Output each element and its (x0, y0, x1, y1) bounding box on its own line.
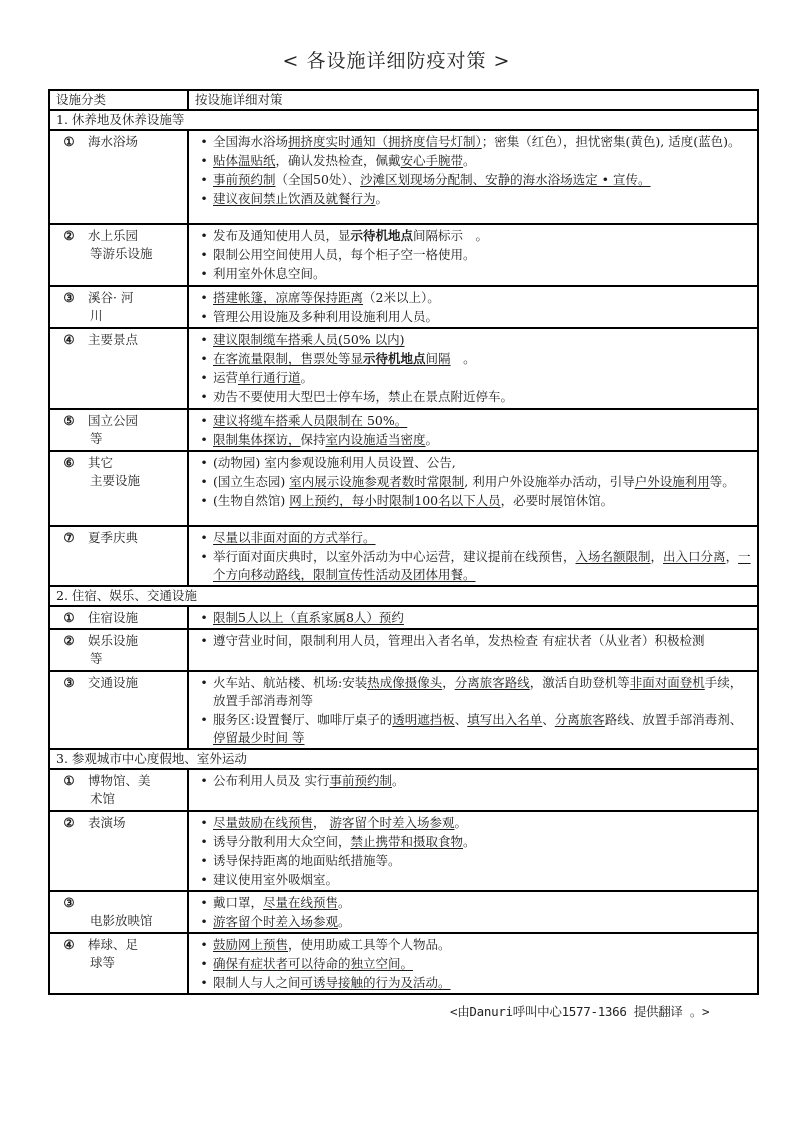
text-run: 等。 (710, 474, 735, 489)
measure-item: •管理公用设施及多种利用设施利用人员。 (199, 308, 751, 326)
measure-item: •诱导分散利用大众空间，禁止携带和摄取食物。 (199, 833, 751, 851)
text-run: 。 (455, 815, 468, 830)
bullet-icon: • (199, 350, 209, 368)
bullet-icon: • (199, 431, 209, 449)
facility-name: 电影放映馆 (58, 912, 183, 930)
text-run: 利用室外休息空间。 (213, 266, 326, 281)
measure-item: •限制5人以上（直系家属8人）预约 (199, 609, 751, 627)
measure-item: •建议限制缆车搭乘人员(50% 以内) (199, 331, 751, 349)
underlined-text: 示待机地点 (363, 351, 426, 366)
text-run: 发布及通知使用人员，显 (213, 228, 351, 243)
item-number: ① (58, 609, 80, 627)
measure-item: •游客留个时差入场参观。 (199, 913, 751, 931)
bullet-icon: • (199, 852, 209, 870)
measures-cell: •建议将缆车搭乘人员限制在 50%。•限制集体探访，保持室内设施适当密度。 (188, 409, 758, 451)
text-run: (生物自然馆) (213, 493, 289, 508)
bullet-icon: • (199, 171, 209, 189)
facility-name: 住宿设施 (88, 610, 138, 625)
measures-table: 设施分类 按设施详细对策 1. 休养地及休养设施等①海水浴场•全国海水浴场拥挤度… (48, 89, 759, 995)
facility-name: 主要景点 (88, 332, 138, 347)
text-run: 。 (338, 895, 351, 910)
underlined-text: 游客留个时差入场参观 (330, 815, 455, 830)
section-header: 2. 住宿、娱乐、交通设施 (49, 586, 758, 606)
bullet-icon: • (199, 289, 209, 307)
measures-cell: •公布利用人员及 实行事前预约制。 (188, 769, 758, 811)
bullet-icon: • (199, 190, 209, 208)
text-run: 戴口罩， (213, 895, 263, 910)
measure-item: •戴口罩，尽量在线预售。 (199, 894, 751, 912)
table-row: ③交通设施•火车站、航站楼、机场:安装热成像摄像头，分离旅客路线，激活自助登机等… (49, 671, 758, 749)
bold-text: 示待机地点 (351, 228, 414, 243)
bullet-icon: • (199, 133, 209, 151)
bullet-icon: • (199, 955, 209, 973)
table-row: ②表演场•尽量鼓励在线预售， 游客留个时差入场参观。•诱导分散利用大众空间，禁止… (49, 811, 758, 891)
underlined-text: 拥挤度实时通知（拥挤度信号灯制） (288, 134, 482, 149)
facility-category: ⑤国立公园等 (49, 409, 188, 451)
measure-item: •限制公用空间使用人员，每个柜子空一格使用。 (199, 246, 751, 264)
underlined-text: 非面对面登机 (630, 675, 705, 690)
facility-name: 溪谷· 河 (88, 290, 133, 305)
measures-cell: •鼓励网上预售，使用助威工具等个人物品。•确保有症状者可以待命的独立空间。•限制… (188, 933, 758, 994)
measures-cell: •火车站、航站楼、机场:安装热成像摄像头，分离旅客路线，激活自助登机等非面对面登… (188, 671, 758, 749)
table-row: ③电影放映馆•戴口罩，尽量在线预售。•游客留个时差入场参观。 (49, 891, 758, 933)
text-run: 。 (463, 834, 476, 849)
facility-category: ④主要景点 (49, 328, 188, 409)
underlined-text: 搭建帐篷，凉席等保持距离 (213, 290, 363, 305)
measure-item: •建议将缆车搭乘人员限制在 50%。 (199, 412, 751, 430)
underlined-text: 填写出入名单 (467, 712, 542, 727)
facility-category: ①住宿设施 (49, 606, 188, 629)
underlined-text: 户外设施利用 (635, 474, 710, 489)
facility-name: 球等 (58, 954, 183, 972)
bullet-icon: • (199, 814, 209, 832)
measure-item: •限制人与人之间可诱导接触的行为及活动。 (199, 974, 751, 992)
table-row: ⑤国立公园等•建议将缆车搭乘人员限制在 50%。•限制集体探访，保持室内设施适当… (49, 409, 758, 451)
facility-category: ③电影放映馆 (49, 891, 188, 933)
text-run: 。 (301, 370, 314, 385)
measures-cell: •戴口罩，尽量在线预售。•游客留个时差入场参观。 (188, 891, 758, 933)
measure-item: •(国立生态园) 室内展示设施参观者数时常限制, 利用户外设施举办活动，引导户外… (199, 473, 751, 491)
underlined-text: 室内展示设施参观者数时常限制 (289, 474, 464, 489)
bullet-icon: • (199, 227, 209, 245)
text-run: 公布利用人员及 实行 (213, 773, 329, 788)
underlined-text: 透明遮挡板 (392, 712, 455, 727)
measure-item: •服务区:设置餐厅、咖啡厅桌子的透明遮挡板、填写出入名单、分离旅客路线、放置手部… (199, 711, 751, 747)
bullet-icon: • (199, 772, 209, 790)
underlined-text: 出入口分离 (663, 549, 726, 564)
facility-name: 海水浴场 (88, 134, 138, 149)
measures-cell: •尽量以非面对面的方式举行。•举行面对面庆典时，以室外活动为中心运营，建议提前在… (188, 526, 758, 586)
text-run: ，必要时展馆休馆。 (501, 493, 614, 508)
facility-category: ②娱乐设施等 (49, 629, 188, 671)
text-run: 建议使用室外吸烟室。 (213, 872, 338, 887)
facility-category: ③交通设施 (49, 671, 188, 749)
text-run: 。 (376, 191, 389, 206)
measure-item: •诱导保持距离的地面贴纸措施等。 (199, 852, 751, 870)
header-measures: 按设施详细对策 (188, 90, 758, 110)
text-run: 限制人与人之间 (213, 975, 301, 990)
measure-item: •全国海水浴场拥挤度实时通知（拥挤度信号灯制）；密集（红色），担忧密集(黄色),… (199, 133, 751, 151)
facility-name: 等游乐设施 (58, 245, 183, 263)
facility-name: 夏季庆典 (88, 530, 138, 545)
text-run: （全国50处）、 (276, 172, 361, 187)
item-number: ③ (58, 894, 80, 912)
text-run: 火车站、航站楼、机场:安装 (213, 675, 367, 690)
measures-cell: •建议限制缆车搭乘人员(50% 以内)•在客流量限制，售票处等显示待机地点间隔 … (188, 328, 758, 409)
underlined-text: 分离旅客路线 (455, 675, 530, 690)
bullet-icon: • (199, 529, 209, 547)
underlined-text: 停留最少时间 等 (213, 730, 304, 745)
bullet-icon: • (199, 833, 209, 851)
text-run: ， (313, 815, 329, 830)
facility-name: 交通设施 (88, 675, 138, 690)
text-run: 。 (426, 432, 439, 447)
bullet-icon: • (199, 308, 209, 326)
text-run: 诱导保持距离的地面贴纸措施等。 (213, 853, 401, 868)
underlined-text: 热成像摄像头 (367, 675, 442, 690)
measures-cell: •全国海水浴场拥挤度实时通知（拥挤度信号灯制）；密集（红色），担忧密集(黄色),… (188, 130, 758, 224)
facility-category: ②表演场 (49, 811, 188, 891)
table-row: ①海水浴场•全国海水浴场拥挤度实时通知（拥挤度信号灯制）；密集（红色），担忧密集… (49, 130, 758, 224)
bullet-icon: • (199, 871, 209, 889)
bullet-icon: • (199, 711, 209, 729)
underlined-text: 建议夜间禁止饮酒及就餐行为 (213, 191, 376, 206)
facility-name: 娱乐设施 (88, 633, 138, 648)
text-run: 保持 (301, 432, 326, 447)
facility-name: 棒球、足 (88, 937, 138, 952)
measure-item: •发布及通知使用人员，显示待机地点间隔标示 。 (199, 227, 751, 245)
text-run: ，确认发热检查，佩戴 (276, 153, 401, 168)
measure-item: •贴体温贴纸，确认发热检查，佩戴安心手腕带。 (199, 152, 751, 170)
facility-category: ⑦夏季庆典 (49, 526, 188, 586)
underlined-text: 网上预约，每小时限制100名以下人员 (289, 493, 500, 508)
measures-cell: •遵守营业时间，限制利用人员，管理出入者名单，发热检查 有症状者（从业者）积极检… (188, 629, 758, 671)
measure-item: •运营单行通行道。 (199, 369, 751, 387)
measure-item: •尽量鼓励在线预售， 游客留个时差入场参观。 (199, 814, 751, 832)
item-number: ⑤ (58, 412, 80, 430)
facility-name: 水上乐园 (88, 228, 138, 243)
underlined-text: 入场名额限制 (576, 549, 651, 564)
measures-cell: •(动物园) 室内参观设施利用人员设置、公告,•(国立生态园) 室内展示设施参观… (188, 451, 758, 526)
facility-category: ⑥其它主要设施 (49, 451, 188, 526)
text-run: 限制公用空间使用人员，每个柜子空一格使用。 (213, 247, 476, 262)
text-run: , 利用户外设施举办活动，引导 (464, 474, 634, 489)
section-title: 1. 休养地及休养设施等 (49, 110, 758, 130)
item-number: ② (58, 814, 80, 832)
bullet-icon: • (199, 913, 209, 931)
bullet-icon: • (199, 609, 209, 627)
facility-name: 川 (58, 307, 183, 325)
table-row: ①博物馆、美术馆•公布利用人员及 实行事前预约制。 (49, 769, 758, 811)
bullet-icon: • (199, 412, 209, 430)
underlined-text: 建议将缆车搭乘人员限制在 50%。 (213, 413, 407, 428)
table-row: ①住宿设施•限制5人以上（直系家属8人）预约 (49, 606, 758, 629)
underlined-text: 鼓励网上预售 (213, 937, 288, 952)
table-header-row: 设施分类 按设施详细对策 (49, 90, 758, 110)
underlined-text: 限制5人以上（直系家属8人）预约 (213, 610, 404, 625)
table-row: ④主要景点•建议限制缆车搭乘人员(50% 以内)•在客流量限制，售票处等显示待机… (49, 328, 758, 409)
bullet-icon: • (199, 492, 209, 510)
bullet-icon: • (199, 388, 209, 406)
bullet-icon: • (199, 548, 209, 566)
table-row: ⑥其它主要设施•(动物园) 室内参观设施利用人员设置、公告,•(国立生态园) 室… (49, 451, 758, 526)
text-run: 。 (338, 914, 351, 929)
measure-item: •尽量以非面对面的方式举行。 (199, 529, 751, 547)
bullet-icon: • (199, 473, 209, 491)
underlined-text: 尽量在线预售 (263, 895, 338, 910)
item-number: ③ (58, 289, 80, 307)
bullet-icon: • (199, 936, 209, 954)
text-run: 举行面对面庆典时，以室外活动为中心运营，建议提前在线预售， (213, 549, 576, 564)
item-number: ③ (58, 674, 80, 692)
underlined-text: 贴体温贴纸 (213, 153, 276, 168)
measure-item: •(动物园) 室内参观设施利用人员设置、公告, (199, 454, 751, 472)
section-header: 3. 参观城市中心度假地、室外运动 (49, 749, 758, 769)
text-run: 、 (542, 712, 555, 727)
underlined-text: 安心手腕带 (401, 153, 464, 168)
header-category: 设施分类 (49, 90, 188, 110)
facility-category: ②水上乐园等游乐设施 (49, 224, 188, 286)
underlined-text: 禁止携带和摄取食物 (351, 834, 464, 849)
measure-item: •举行面对面庆典时，以室外活动为中心运营，建议提前在线预售，入场名额限制，出入口… (199, 548, 751, 584)
bullet-icon: • (199, 152, 209, 170)
measures-cell: •发布及通知使用人员，显示待机地点间隔标示 。•限制公用空间使用人员，每个柜子空… (188, 224, 758, 286)
measure-item: •事前预约制（全国50处）、沙滩区划现场分配制、安静的海水浴场选定 • 宣传。 (199, 171, 751, 189)
table-row: ⑦夏季庆典•尽量以非面对面的方式举行。•举行面对面庆典时，以室外活动为中心运营，… (49, 526, 758, 586)
text-run: 、 (455, 712, 468, 727)
measure-item: •建议夜间禁止饮酒及就餐行为。 (199, 190, 751, 208)
underlined-text: 游客留个时差入场参观 (213, 914, 338, 929)
table-row: ②水上乐园等游乐设施•发布及通知使用人员，显示待机地点间隔标示 。•限制公用空间… (49, 224, 758, 286)
table-row: ④棒球、足球等•鼓励网上预售，使用助威工具等个人物品。•确保有症状者可以待命的独… (49, 933, 758, 994)
text-run: 。 (463, 153, 476, 168)
underlined-text: 在客流量限制，售票处等 (213, 351, 351, 366)
underlined-text: 可诱导接触的行为及活动。 (301, 975, 451, 990)
bullet-icon: • (199, 246, 209, 264)
text-run: 间隔标示 。 (413, 228, 488, 243)
bullet-icon: • (199, 331, 209, 349)
facility-name: 国立公园 (88, 413, 138, 428)
table-row: ③溪谷· 河川•搭建帐篷，凉席等保持距离（2米以上）。•管理公用设施及多种利用设… (49, 286, 758, 328)
underlined-text: 分离旅客 (555, 712, 605, 727)
text-run: ；密集（红色），担忧密集(黄色), 适度(蓝色)。 (482, 134, 741, 149)
bullet-icon: • (199, 894, 209, 912)
measure-item: •劝告不要使用大型巴士停车场，禁止在景点附近停车。 (199, 388, 751, 406)
text-run: ， (651, 549, 664, 564)
item-number: ② (58, 632, 80, 650)
measure-item: •确保有症状者可以待命的独立空间。 (199, 955, 751, 973)
text-run: ，激活自助登机等 (530, 675, 630, 690)
facility-name: 表演场 (88, 815, 126, 830)
measure-item: •公布利用人员及 实行事前预约制。 (199, 772, 751, 790)
facility-category: ①博物馆、美术馆 (49, 769, 188, 811)
bullet-icon: • (199, 674, 209, 692)
facility-category: ①海水浴场 (49, 130, 188, 224)
text-run: ， (726, 549, 739, 564)
underlined-text: 尽量以非面对面的方式举行。 (213, 530, 376, 545)
underlined-text: 显 (351, 351, 364, 366)
text-run: 管理公用设施及多种利用设施利用人员。 (213, 309, 438, 324)
item-number: ④ (58, 936, 80, 954)
measure-item: •限制集体探访，保持室内设施适当密度。 (199, 431, 751, 449)
text-run: 遵守营业时间，限制利用人员，管理出入者名单，发热检查 有症状者（从业者）积极检测 (213, 633, 704, 648)
facility-category: ③溪谷· 河川 (49, 286, 188, 328)
text-run: 。 (451, 351, 476, 366)
bullet-icon: • (199, 369, 209, 387)
item-number: ① (58, 133, 80, 151)
item-number: ⑥ (58, 454, 80, 472)
underlined-text: 确保有症状者可以待命的独立空间。 (213, 956, 413, 971)
measures-cell: •搭建帐篷，凉席等保持距离（2米以上）。•管理公用设施及多种利用设施利用人员。 (188, 286, 758, 328)
bullet-icon: • (199, 265, 209, 283)
facility-name: 等 (58, 430, 183, 448)
underlined-text: 间隔 (426, 351, 451, 366)
section-title: 3. 参观城市中心度假地、室外运动 (49, 749, 758, 769)
section-title: 2. 住宿、娱乐、交通设施 (49, 586, 758, 606)
item-number: ② (58, 227, 80, 245)
facility-name: 术馆 (58, 790, 183, 808)
measure-item: •建议使用室外吸烟室。 (199, 871, 751, 889)
section-header: 1. 休养地及休养设施等 (49, 110, 758, 130)
measure-item: •(生物自然馆) 网上预约，每小时限制100名以下人员，必要时展馆休馆。 (199, 492, 751, 510)
text-run: (动物园) 室内参观设施利用人员设置、公告, (213, 455, 456, 470)
underlined-text: 事前预约制 (329, 773, 392, 788)
bullet-icon: • (199, 974, 209, 992)
bullet-icon: • (199, 454, 209, 472)
facility-name: 博物馆、美 (88, 773, 151, 788)
measures-cell: •限制5人以上（直系家属8人）预约 (188, 606, 758, 629)
page-title: < 各设施详细防疫对策 > (0, 46, 793, 73)
underlined-text: 室内设施适当密度 (326, 432, 426, 447)
table-row: ②娱乐设施等•遵守营业时间，限制利用人员，管理出入者名单，发热检查 有症状者（从… (49, 629, 758, 671)
text-run: 全国海水浴场 (213, 134, 288, 149)
facility-name: 等 (58, 650, 183, 668)
facility-name: 其它 (88, 455, 113, 470)
item-number: ① (58, 772, 80, 790)
measure-item: •鼓励网上预售，使用助威工具等个人物品。 (199, 936, 751, 954)
facility-category: ④棒球、足球等 (49, 933, 188, 994)
text-run: ，使用助威工具等个人物品。 (288, 937, 451, 952)
underlined-text: 事前预约制 (213, 172, 276, 187)
underlined-text: 尽量鼓励在线预售 (213, 815, 313, 830)
measure-item: •火车站、航站楼、机场:安装热成像摄像头，分离旅客路线，激活自助登机等非面对面登… (199, 674, 751, 710)
text-run: 诱导分散利用大众空间， (213, 834, 351, 849)
text-run: 服务区:设置餐厅、咖啡厅桌子的 (213, 712, 392, 727)
text-run: (国立生态园) (213, 474, 289, 489)
bullet-icon: • (199, 632, 209, 650)
underlined-text: 单行通行道 (238, 370, 301, 385)
measure-item: •在客流量限制，售票处等显示待机地点间隔 。 (199, 350, 751, 368)
translation-credit: <由Danuri呼叫中心1577-1366 提供翻译 。> (450, 1002, 709, 1020)
text-run: 运营 (213, 370, 238, 385)
facility-name: 主要设施 (58, 472, 183, 490)
text-run: （2米以上）。 (363, 290, 440, 305)
text-run: 。 (392, 773, 405, 788)
text-run: 路线、放置手部消毒剂、 (605, 712, 743, 727)
measure-item: •遵守营业时间，限制利用人员，管理出入者名单，发热检查 有症状者（从业者）积极检… (199, 632, 751, 650)
underlined-text: 沙滩区划现场分配制、安静的海水浴场选定 • 宣传。 (360, 172, 650, 187)
item-number: ④ (58, 331, 80, 349)
measure-item: •利用室外休息空间。 (199, 265, 751, 283)
text-run: ， (442, 675, 455, 690)
item-number: ⑦ (58, 529, 80, 547)
measure-item: •搭建帐篷，凉席等保持距离（2米以上）。 (199, 289, 751, 307)
underlined-text: 限制集体探访， (213, 432, 301, 447)
underlined-text: 建议限制缆车搭乘人员(50% 以内) (213, 332, 405, 347)
text-run: 劝告不要使用大型巴士停车场，禁止在景点附近停车。 (213, 389, 513, 404)
measures-cell: •尽量鼓励在线预售， 游客留个时差入场参观。•诱导分散利用大众空间，禁止携带和摄… (188, 811, 758, 891)
